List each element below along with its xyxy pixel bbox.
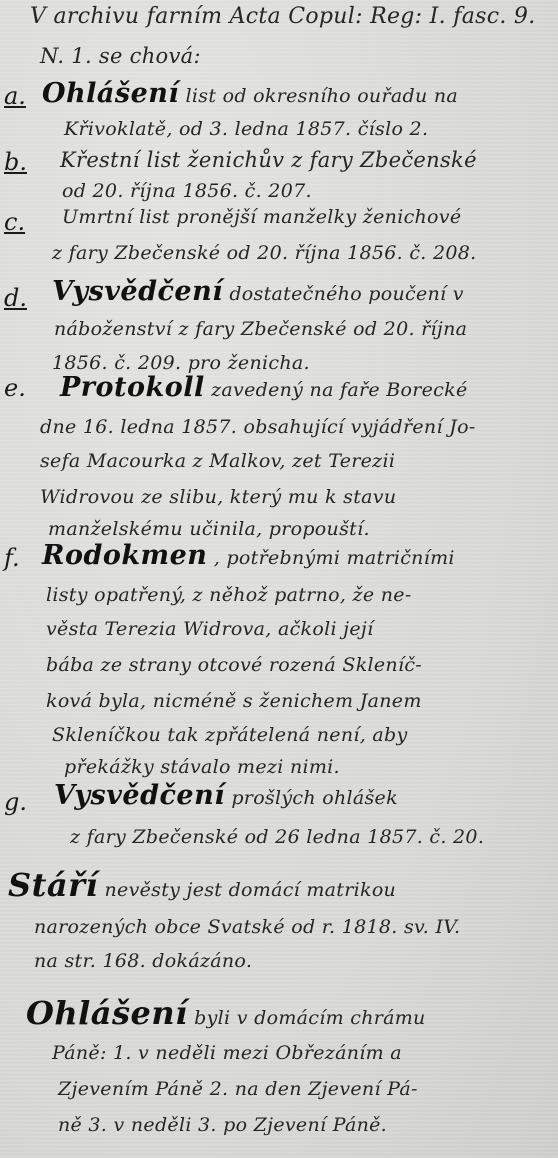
item-f-line-2: listy opatřený, z něhož patrno, že ne- [46,584,412,606]
item-marker-a: a. [4,82,26,110]
age-line-3: na str. 168. dokázáno. [34,950,252,972]
item-e-line-1: Protokoll zavedený na faře Borecké [60,372,467,403]
item-f-line-1: Rodokmen , potřebnými matričními [42,540,455,571]
item-marker-d: d. [4,284,27,312]
banns-text: byli v domácím chrámu [194,1007,425,1029]
item-e-heading: Protokoll [60,372,205,403]
item-f-heading: Rodokmen [42,540,207,571]
age-text: nevěsty jest domácí matrikou [104,879,396,901]
item-e-line-3: sefa Macourka z Malkov, zet Terezii [40,450,395,472]
item-marker-b: b. [4,148,27,176]
header-line-2: N. 1. se chová: [40,44,201,68]
item-e-text: zavedený na faře Borecké [211,379,467,401]
item-g-text: prošlých ohlášek [231,787,398,809]
banns-line-1: Ohlášení byli v domácím chrámu [26,994,426,1032]
item-c-line-2: z fary Zbečenské od 20. října 1856. č. 2… [52,242,476,264]
item-g-line-1: Vysvědčení prošlých ohlášek [54,780,398,811]
banns-line-4: ně 3. v neděli 3. po Zjevení Páně. [58,1114,387,1136]
age-line-1: Stáří nevěsty jest domácí matrikou [8,866,396,904]
manuscript-page: V archivu farním Acta Copul: Reg: I. fas… [0,0,558,1158]
banns-heading: Ohlášení [26,994,188,1032]
item-d-text: dostatečného poučení v [229,283,463,305]
header-line-1: V archivu farním Acta Copul: Reg: I. fas… [30,4,536,29]
item-d-heading: Vysvědčení [52,276,223,307]
item-g-heading: Vysvědčení [54,780,225,811]
banns-line-3: Zjevením Páně 2. na den Zjevení Pá- [58,1078,418,1100]
item-marker-c: c. [4,208,25,236]
item-d-line-2: náboženství z fary Zbečenské od 20. říjn… [54,318,467,340]
age-heading: Stáří [8,866,98,904]
item-a-line-1: Ohlášení list od okresního ouřadu na [42,78,458,109]
item-marker-e: e. [4,374,26,402]
item-e-line-2: dne 16. ledna 1857. obsahující vyjádření… [40,416,476,438]
item-f-line-7: překážky stávalo mezi nimi. [64,756,340,778]
item-a-line-2: Křivoklatě, od 3. ledna 1857. číslo 2. [64,118,428,140]
item-d-line-3: 1856. č. 209. pro ženicha. [52,352,310,374]
item-f-line-6: Skleníčkou tak zpřátelená není, aby [52,724,408,746]
item-marker-f: f. [4,544,20,572]
banns-line-2: Páně: 1. v neděli mezi Obřezáním a [52,1042,402,1064]
item-g-line-2: z fary Zbečenské od 26 ledna 1857. č. 20… [70,826,484,848]
item-d-line-1: Vysvědčení dostatečného poučení v [52,276,464,307]
item-f-text: , potřebnými matričními [214,547,455,569]
item-a-heading: Ohlášení [42,78,179,109]
item-f-line-5: ková byla, nicméně s ženichem Janem [46,690,422,712]
item-a-text: list od okresního ouřadu na [186,85,458,107]
item-c-line-1: Umrtní list pronější manželky ženichové [62,206,461,228]
item-e-line-5: manželskému učinila, propouští. [48,518,370,540]
item-e-line-4: Widrovou ze slibu, který mu k stavu [40,486,396,508]
item-b-line-2: od 20. října 1856. č. 207. [62,180,312,202]
item-marker-g: g. [4,788,27,816]
age-line-2: narozených obce Svatské od r. 1818. sv. … [34,916,460,938]
item-f-line-3: věsta Terezia Widrova, ačkoli její [46,618,373,640]
item-f-line-4: bába ze strany otcové rozená Skleníč- [46,654,422,676]
item-b-line-1: Křestní list ženichův z fary Zbečenské [60,148,477,172]
